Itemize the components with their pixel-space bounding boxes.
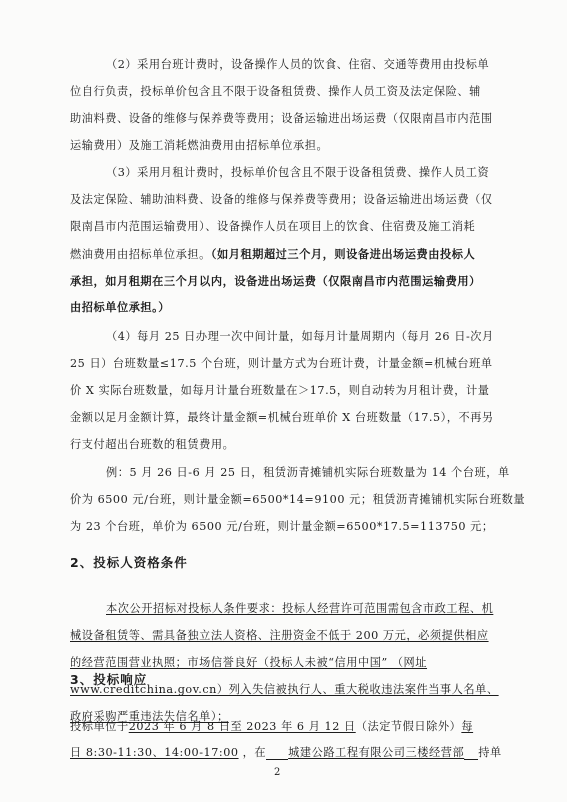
response-at: ，在 [239, 746, 267, 759]
response-prefix: 投标单位于 [70, 720, 129, 733]
para3-line4-normal: 燃油费用由招标单位承担。 [70, 248, 211, 261]
response-tail: 每 [461, 720, 473, 733]
section2-line1: 本次公开招标对投标人条件要求：投标人经营许可范围需包含市政工程、机 [106, 602, 526, 616]
para3-line5: 承担，如月租期在三个月以内，设备进出场运费（仅限南昌市内范围运输费用） [70, 274, 490, 288]
para3-line1: （3）采用月租计费时，投标单价包含且不限于设备租赁费、操作人员工资 [106, 166, 526, 180]
blank-underline [464, 747, 478, 760]
blank-underline [266, 747, 288, 760]
para4-line3: 价 X 实际台班数量，如每月计量台班数量在＞17.5，则自动转为月租计费，计量 [70, 384, 490, 398]
document-page: （2）采用台班计费时，设备操作人员的饮食、住宿、交通等费用由投标单 位自行负责，… [0, 0, 567, 802]
response-place: 城建公路工程有限公司三楼经营部 [288, 746, 464, 759]
para3-line2: 及法定保险、辅助油料费、设备的维修与保养费等费用；设备运输进出场运费（仅 [70, 193, 490, 207]
example-line3: 为 23 个台班，单价为 6500 元/台班，则计量金额=6500*17.5=1… [70, 520, 490, 534]
section3-line1: 投标单位于2023 年 6 月 8 日至 2023 年 6 月 12 日（法定节… [70, 720, 490, 734]
para2-line2: 位自行负责，投标单价包含且不限于设备租赁费、操作人员工资及法定保险、辅 [70, 85, 490, 99]
para3-line3: 限南昌市内范围运输费用）、设备操作人员在项目上的饮食、住宿费及施工消耗 [70, 220, 490, 234]
para3-line6: 由招标单位承担。） [70, 300, 490, 314]
example-line1: 例：5 月 26 日-6 月 25 日，租赁沥青摊铺机实际台班数量为 14 个台… [106, 466, 526, 480]
section-3-heading: 3、投标响应 [70, 673, 490, 687]
para3-line4: 燃油费用由招标单位承担。（如月租期超过三个月，则设备进出场运费由投标人 [70, 247, 490, 262]
response-tail2: 持单 [478, 746, 501, 759]
section2-line3: 的经营范围营业执照；市场信誉良好（投标人未被“信用中国” （网址 [70, 656, 490, 670]
section3-line2: 日 8:30-11:30、14:00-17:00 ，在城建公路工程有限公司三楼经… [70, 746, 490, 760]
para4-line1: （4）每月 25 日办理一次中间计量，如每月计量周期内（每月 26 日-次月 [106, 330, 526, 344]
section-2-heading: 2、投标人资格条件 [70, 556, 490, 570]
para2-line4: 运输费用）及施工消耗燃油费用由招标单位承担。 [70, 139, 490, 153]
section2-line2: 械设备租赁等、需具备独立法人资格、注册资金不低于 200 万元，必须提供相应 [70, 629, 490, 643]
para4-line5: 行支付超出台班数的租赁费用。 [70, 438, 490, 452]
para4-line2: 25 日）台班数量≤17.5 个台班，则计量方式为台班计费，计量金额=机械台班单 [70, 357, 490, 371]
para2-line3: 助油料费、设备的维修与保养费等费用；设备运输进出场运费（仅限南昌市内范围 [70, 112, 490, 126]
page-number: 2 [274, 767, 280, 778]
response-hours: 日 8:30-11:30、14:00-17:00 [70, 746, 239, 759]
para4-line4: 金额以足月金额计算，最终计量金额=机械台班单价 X 台班数量（17.5），不再另 [70, 411, 490, 425]
response-date-range: 2023 年 6 月 8 日至 2023 年 6 月 12 日 [129, 720, 356, 733]
para2-line1: （2）采用台班计费时，设备操作人员的饮食、住宿、交通等费用由投标单 [106, 58, 526, 72]
response-holiday-note: （法定节假日除外） [356, 720, 462, 733]
example-line2: 价为 6500 元/台班，则计量金额=6500*14=9100 元；租赁沥青摊铺… [70, 493, 490, 507]
para3-line4-bold: （如月租期超过三个月，则设备进出场运费由投标人 [211, 247, 475, 261]
